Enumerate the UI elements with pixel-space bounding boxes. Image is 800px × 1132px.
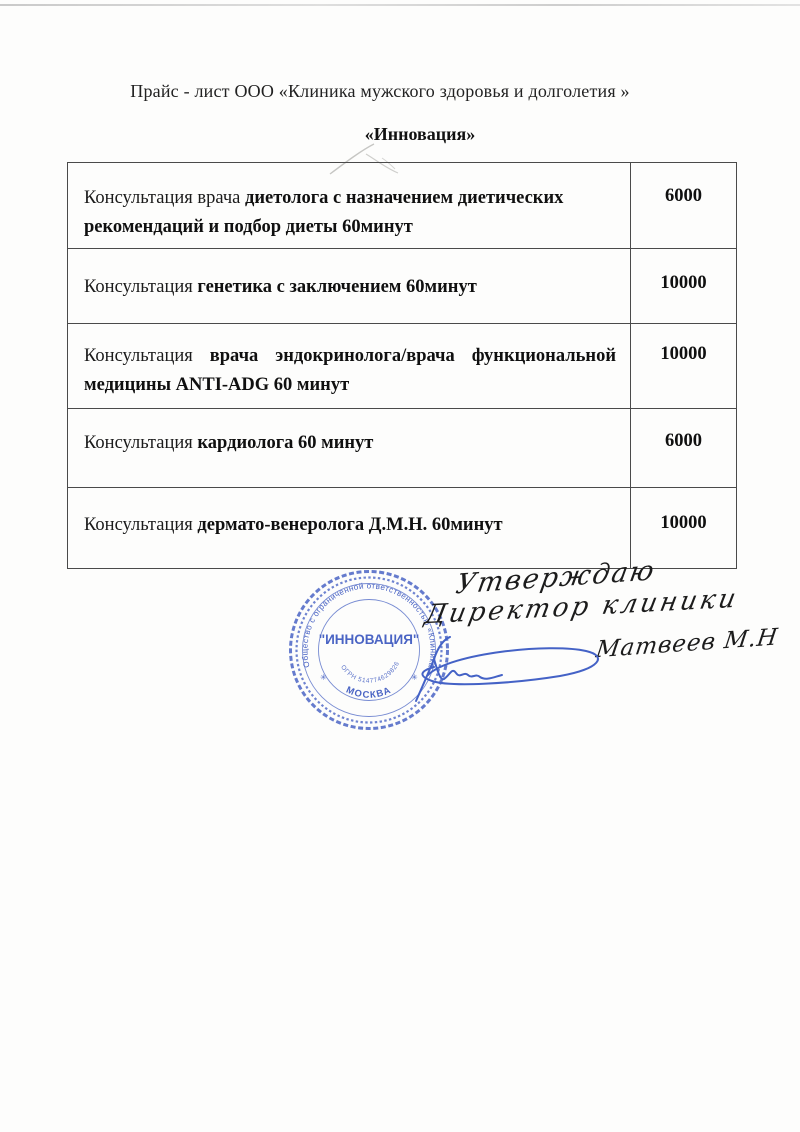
table-row: Консультация врача диетолога с назначени… bbox=[68, 163, 737, 249]
price-table: Консультация врача диетолога с назначени… bbox=[67, 162, 737, 569]
svg-text:ОГРН 5147746298262: ОГРН 5147746298262 bbox=[339, 645, 401, 685]
stamp-city-text: МОСКВА bbox=[344, 685, 393, 701]
price-cell: 10000 bbox=[631, 324, 737, 409]
table-row: Консультация генетика с заключением 60ми… bbox=[68, 249, 737, 324]
stamp-ogrn-text: ОГРН 5147746298262 bbox=[339, 645, 401, 685]
service-cell: Консультация кардиолога 60 минут bbox=[68, 409, 631, 488]
service-prefix: Консультация врача bbox=[84, 188, 245, 208]
service-prefix: Консультация bbox=[84, 515, 197, 535]
service-bold: кардиолога 60 минут bbox=[197, 433, 373, 453]
service-bold: дермато-венеролога Д.М.Н. 60минут bbox=[197, 515, 502, 535]
scan-artifact-line bbox=[0, 4, 800, 6]
page-title: Прайс - лист ООО «Клиника мужского здоро… bbox=[0, 81, 760, 102]
service-prefix: Консультация bbox=[84, 346, 210, 366]
svg-text:МОСКВА: МОСКВА bbox=[344, 685, 393, 701]
service-cell: Консультация врача диетолога с назначени… bbox=[68, 163, 631, 249]
service-prefix: Консультация bbox=[84, 433, 197, 453]
service-bold: генетика с заключением 60минут bbox=[197, 277, 476, 297]
service-cell: Консультация дермато-венеролога Д.М.Н. 6… bbox=[68, 488, 631, 569]
scanned-price-list-page: Прайс - лист ООО «Клиника мужского здоро… bbox=[0, 0, 800, 1132]
signature-flourish bbox=[410, 629, 620, 707]
service-cell: Консультация генетика с заключением 60ми… bbox=[68, 249, 631, 324]
price-cell: 6000 bbox=[631, 409, 737, 488]
stamp-star-left-icon: ✳ bbox=[320, 673, 327, 682]
service-cell: Консультация врача эндокринолога/врача ф… bbox=[68, 324, 631, 409]
handwritten-name: Матвеев М.Н bbox=[594, 624, 780, 663]
price-cell: 6000 bbox=[631, 163, 737, 249]
price-cell: 10000 bbox=[631, 249, 737, 324]
stamp-text-ring-inner bbox=[319, 600, 420, 701]
table-row: Консультация кардиолога 60 минут 6000 bbox=[68, 409, 737, 488]
stamp-center-text: "ИННОВАЦИЯ" bbox=[319, 632, 420, 647]
service-prefix: Консультация bbox=[84, 277, 197, 297]
table-row: Консультация врача эндокринолога/врача ф… bbox=[68, 324, 737, 409]
